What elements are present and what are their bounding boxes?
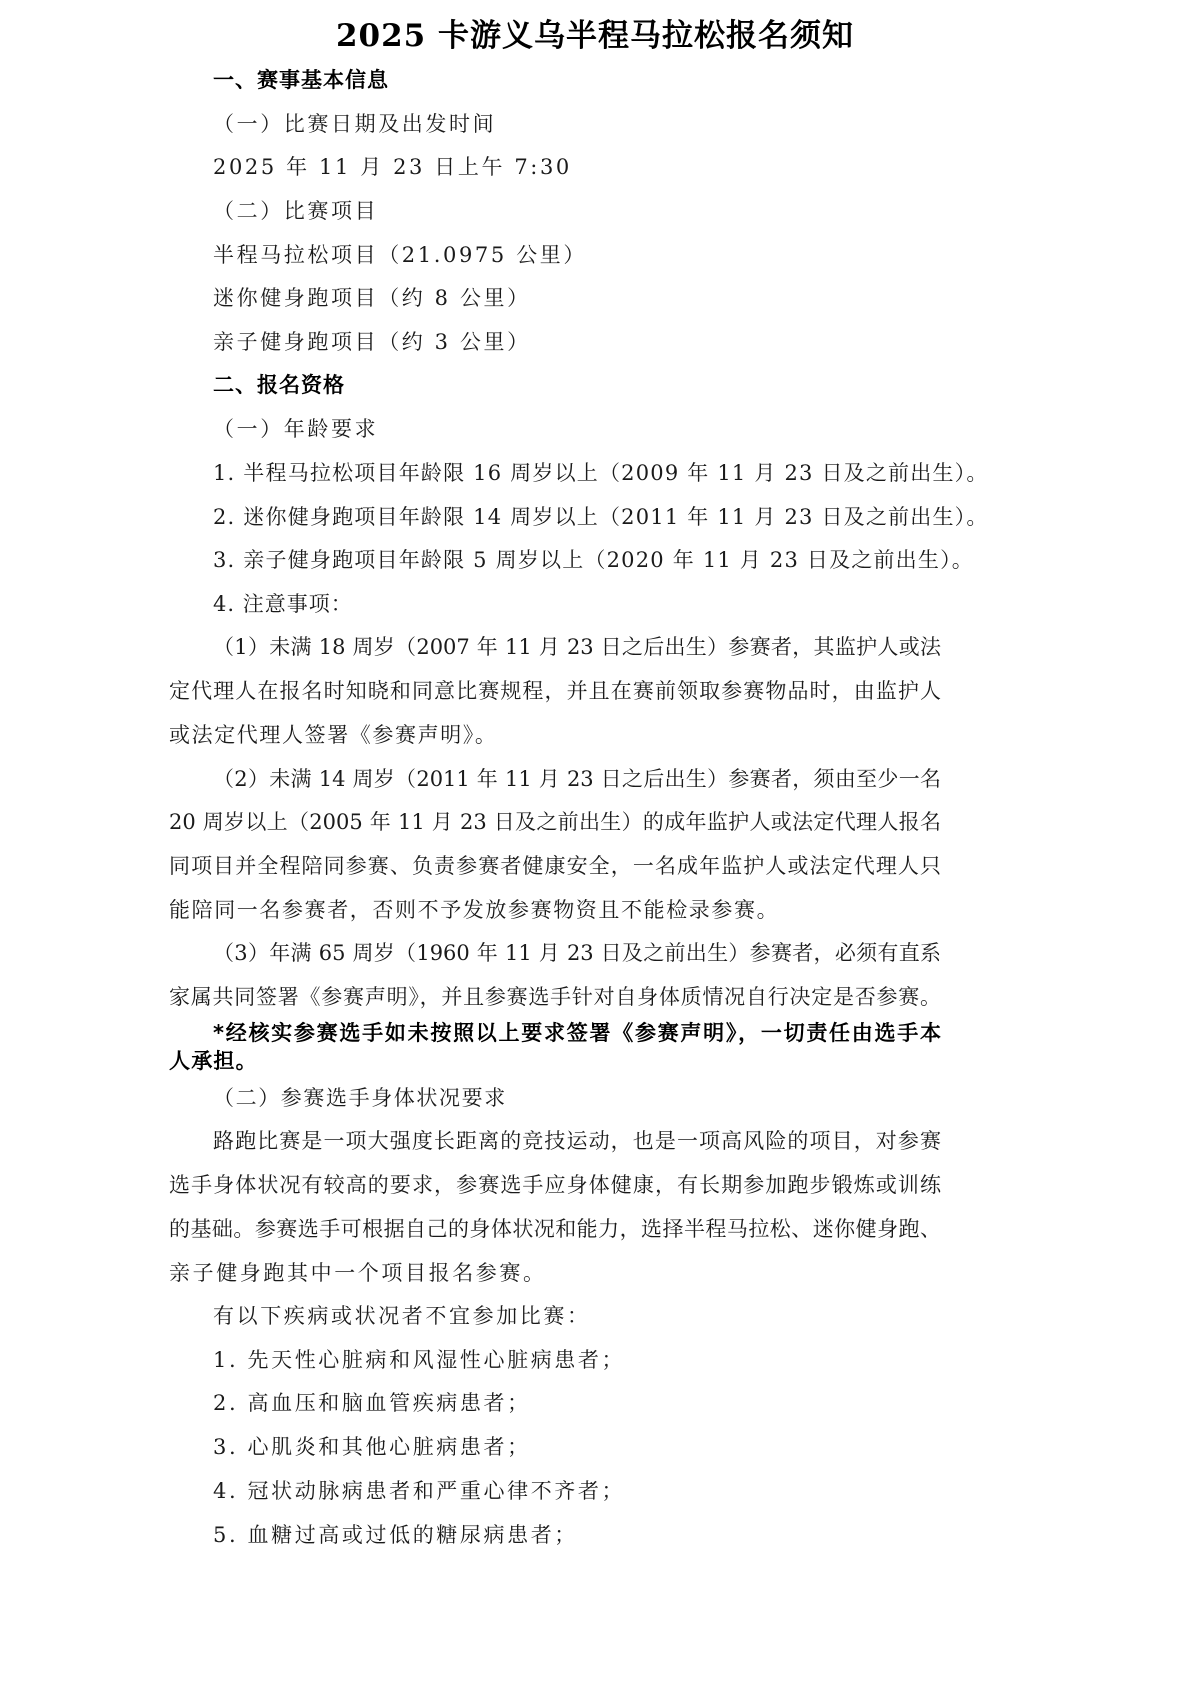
note-3-line: （3）年满 65 周岁（1960 年 11 月 23 日及之前出生）参赛者，必须… [213,939,941,967]
health-paragraph-line: 亲子健身跑其中一个项目报名参赛。 [169,1259,547,1287]
subheading-health: （二）参赛选手身体状况要求 [213,1084,507,1112]
condition-item: 2. 高血压和脑血管疾病患者； [213,1389,531,1417]
condition-item: 3. 心肌炎和其他心脏病患者； [213,1433,531,1461]
warning-line: *经核实参赛选手如未按照以上要求签署《参赛声明》，一切责任由选手本 [213,1019,941,1047]
race-date-time: 2025 年 11 月 23 日上午 7:30 [213,153,572,181]
health-paragraph-line: 路跑比赛是一项大强度长距离的竞技运动，也是一项高风险的项目，对参赛 [213,1127,941,1155]
subheading-age: （一）年龄要求 [213,415,378,443]
age-rule: 3. 亲子健身跑项目年龄限 5 周岁以上（2020 年 11 月 23 日及之前… [213,546,974,574]
section-heading-basic-info: 一、赛事基本信息 [213,66,389,94]
age-rule: 1. 半程马拉松项目年龄限 16 周岁以上（2009 年 11 月 23 日及之… [213,459,989,487]
subheading-date-time: （一）比赛日期及出发时间 [213,110,496,138]
note-1-line: 或法定代理人签署《参赛声明》。 [169,721,498,749]
subheading-events: （二）比赛项目 [213,197,378,225]
event-item: 迷你健身跑项目（约 8 公里） [213,284,531,312]
event-item: 亲子健身跑项目（约 3 公里） [213,328,531,356]
note-1-line: （1）未满 18 周岁（2007 年 11 月 23 日之后出生）参赛者，其监护… [213,633,941,661]
conditions-intro: 有以下疾病或状况者不宜参加比赛： [213,1302,591,1330]
event-item: 半程马拉松项目（21.0975 公里） [213,241,587,269]
health-paragraph-line: 选手身体状况有较高的要求，参赛选手应身体健康，有长期参加跑步锻炼或训练 [169,1171,941,1199]
note-1-line: 定代理人在报名时知晓和同意比赛规程，并且在赛前领取参赛物品时，由监护人 [169,677,941,705]
note-2-line: 能陪同一名参赛者，否则不予发放参赛物资且不能检录参赛。 [169,896,779,924]
note-2-line: 同项目并全程陪同参赛、负责参赛者健康安全，一名成年监护人或法定代理人只 [169,852,941,880]
condition-item: 1. 先天性心脏病和风湿性心脏病患者； [213,1346,625,1374]
health-paragraph-line: 的基础。参赛选手可根据自己的身体状况和能力，选择半程马拉松、迷你健身跑、 [169,1215,941,1243]
section-heading-eligibility: 二、报名资格 [213,371,345,399]
note-2-line: （2）未满 14 周岁（2011 年 11 月 23 日之后出生）参赛者，须由至… [213,765,941,793]
condition-item: 4. 冠状动脉病患者和严重心律不齐者； [213,1477,625,1505]
notes-heading: 4. 注意事项： [213,590,353,618]
warning-line: 人承担。 [169,1047,258,1075]
document-page: 2025 卡游义乌半程马拉松报名须知 一、赛事基本信息 （一）比赛日期及出发时间… [0,0,1190,1683]
age-rule: 2. 迷你健身跑项目年龄限 14 周岁以上（2011 年 11 月 23 日及之… [213,503,989,531]
note-2-line: 20 周岁以上（2005 年 11 月 23 日及之前出生）的成年监护人或法定代… [169,808,941,836]
note-3-line: 家属共同签署《参赛声明》，并且参赛选手针对自身体质情况自行决定是否参赛。 [169,983,941,1011]
condition-item: 5. 血糖过高或过低的糖尿病患者； [213,1521,578,1549]
document-title: 2025 卡游义乌半程马拉松报名须知 [0,10,1190,55]
